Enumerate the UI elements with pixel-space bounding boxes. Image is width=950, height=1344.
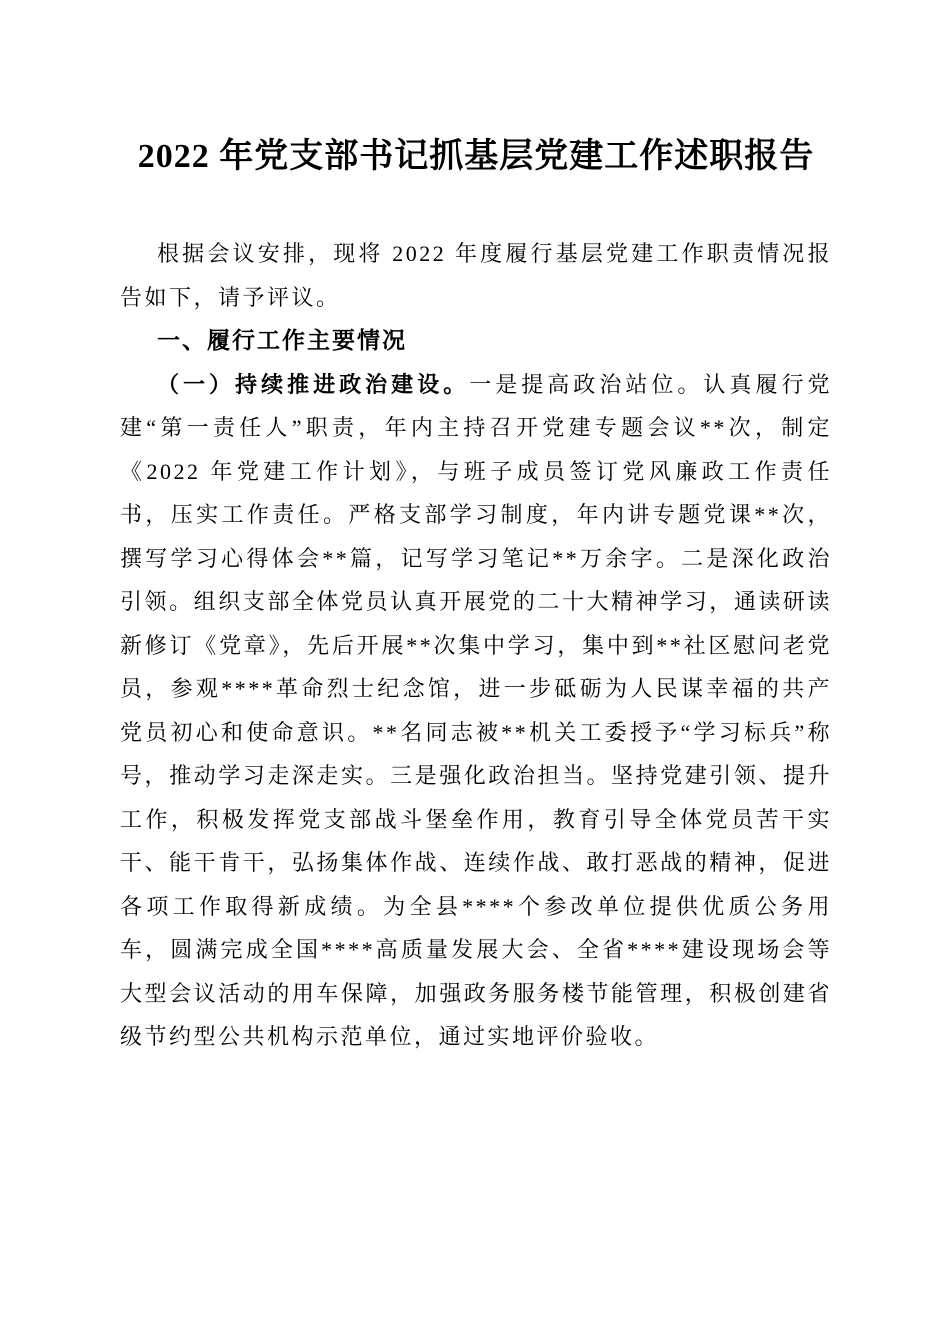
document-title: 2022 年党支部书记抓基层党建工作述职报告 — [120, 131, 832, 183]
paragraph-section-1-1: （一）持续推进政治建设。一是提高政治站位。认真履行党建“第一责任人”职责，年内主… — [120, 363, 832, 1059]
section-heading-1: 一、履行工作主要情况 — [120, 319, 832, 363]
paragraph-body-text: 一是提高政治站位。认真履行党建“第一责任人”职责，年内主持召开党建专题会议**次… — [120, 372, 832, 1050]
document-page: 2022 年党支部书记抓基层党建工作述职报告 根据会议安排，现将 2022 年度… — [0, 0, 950, 1344]
paragraph-intro: 根据会议安排，现将 2022 年度履行基层党建工作职责情况报告如下，请予评议。 — [120, 232, 832, 319]
paragraph-lead-bold: （一）持续推进政治建设。 — [157, 372, 469, 397]
